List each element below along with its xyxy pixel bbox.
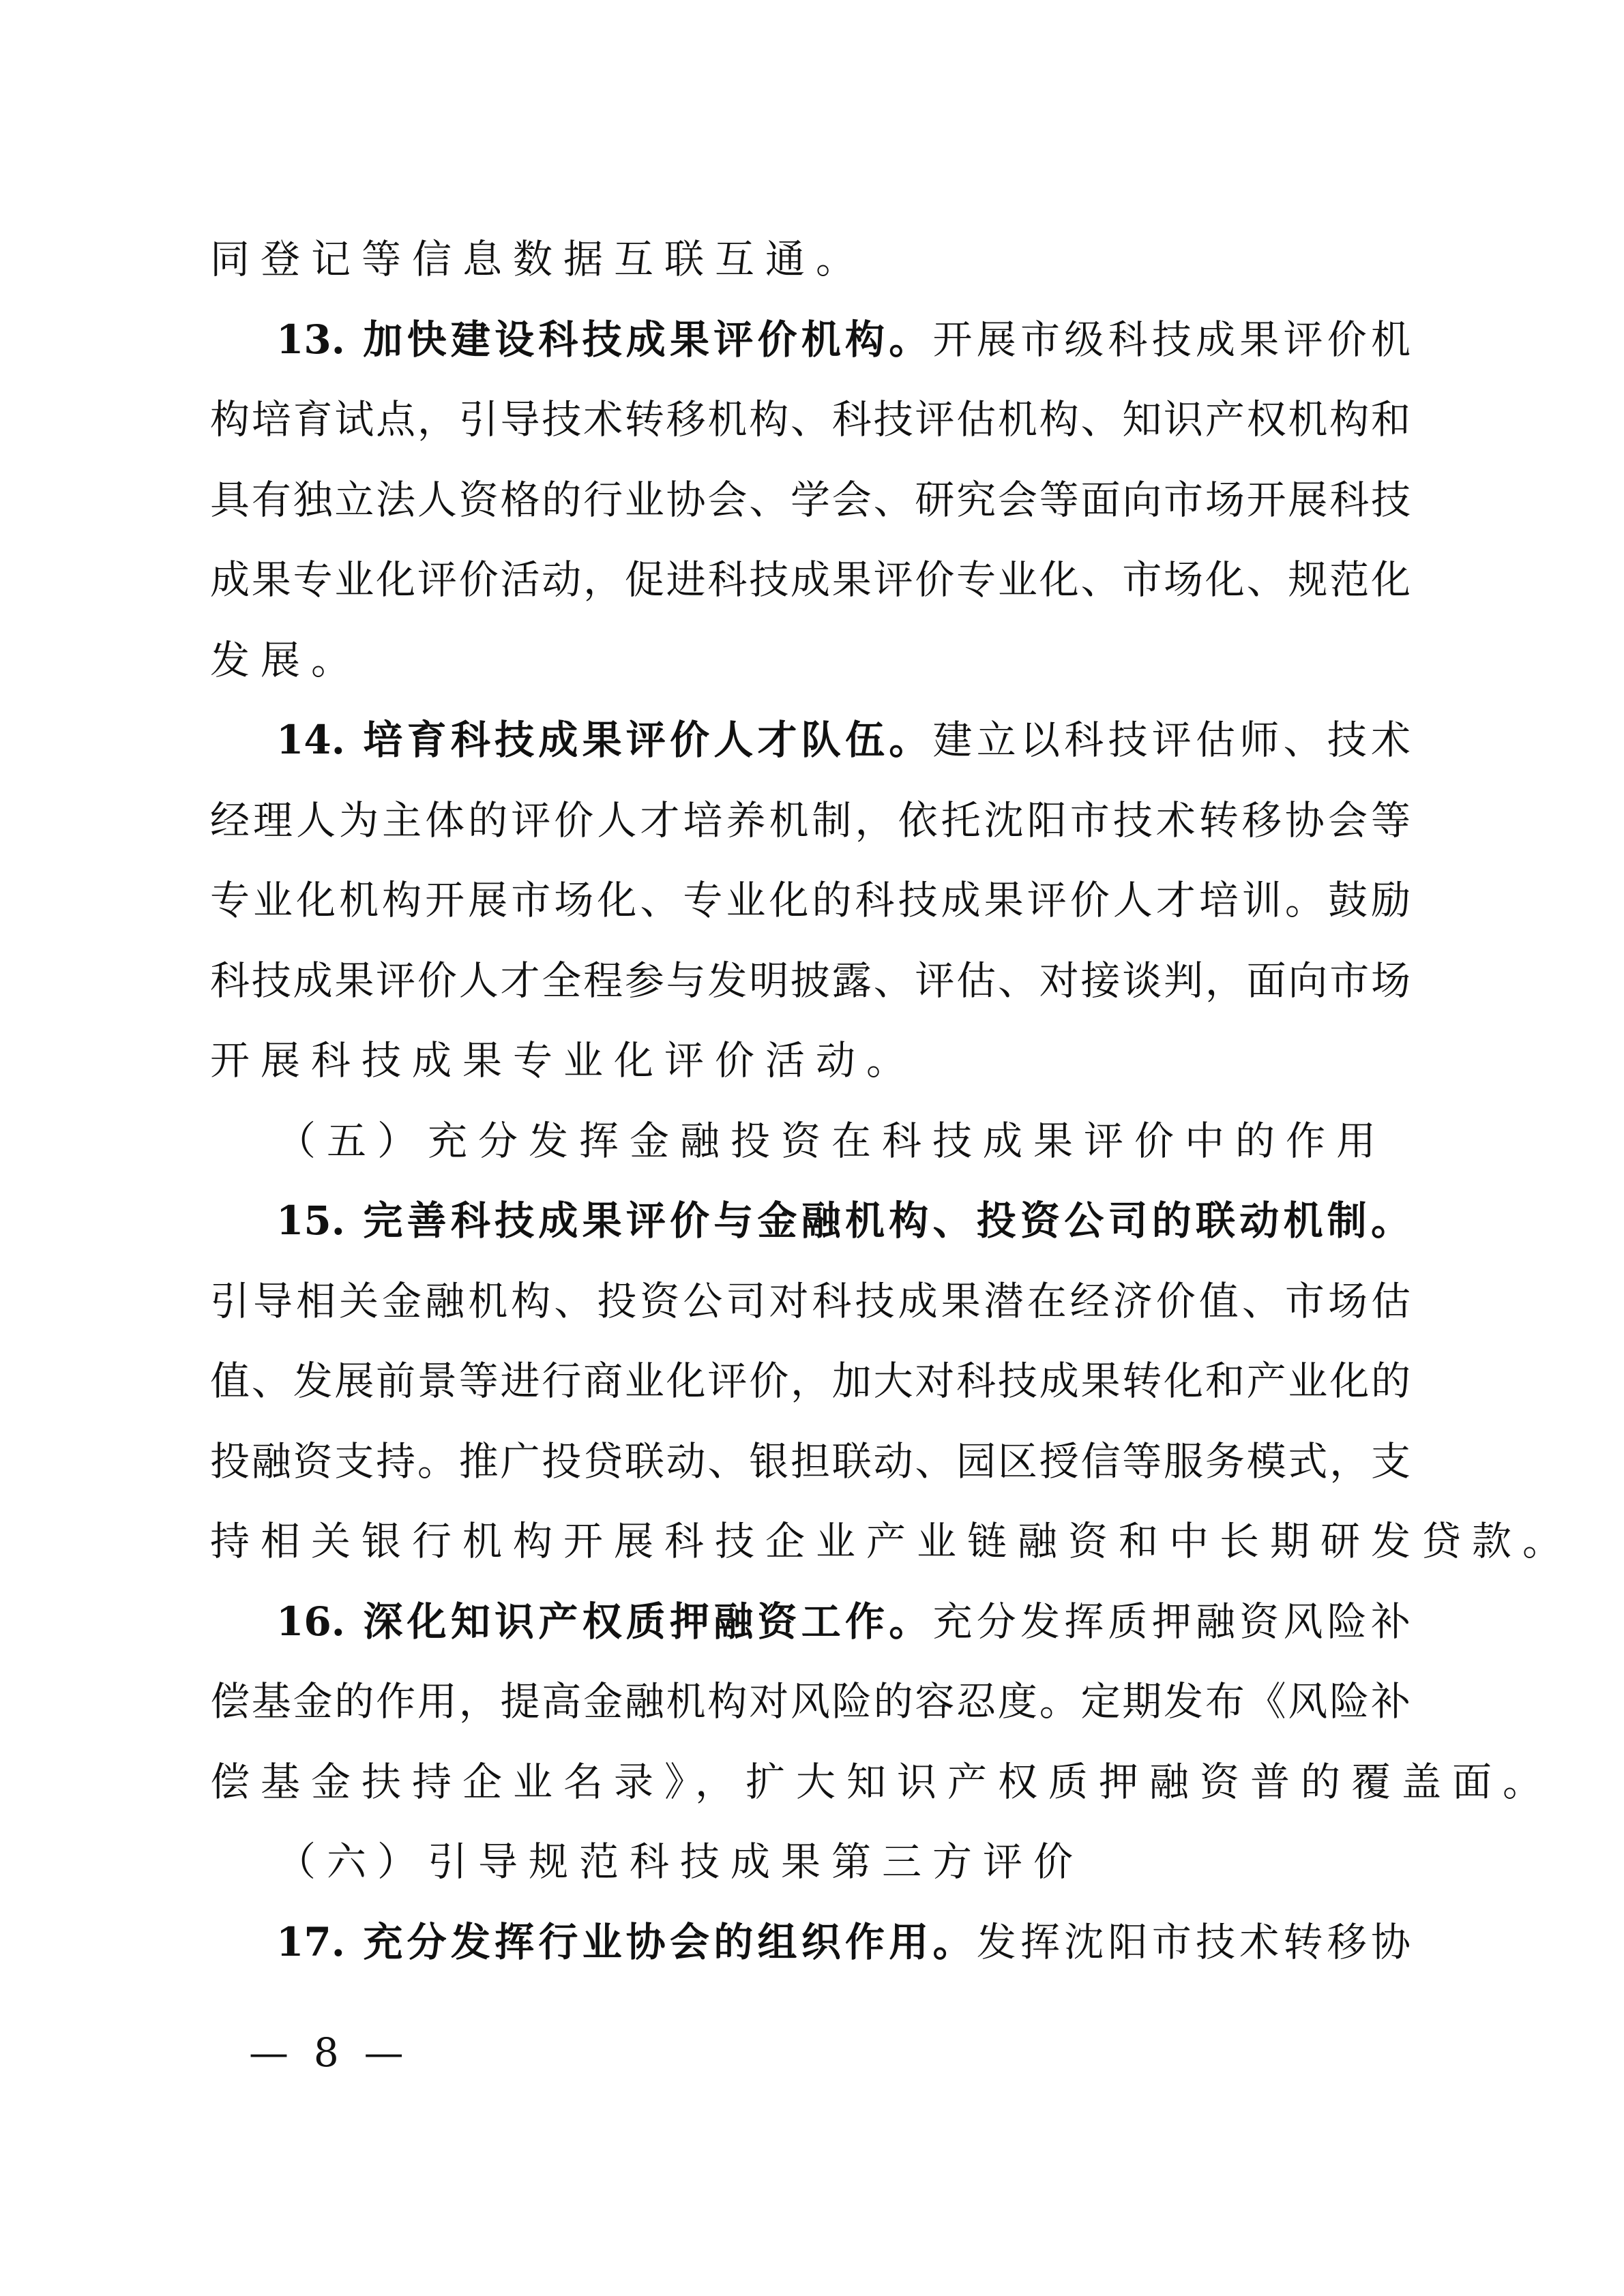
page-number: — 8 — [249,2025,404,2080]
paragraph-line: 值、发展前景等进行商业化评价，加大对科技成果转化和产业化的 [210,1341,1411,1422]
item-14-heading-line: 14. 培育科技成果评价人才队伍。建立以科技评估师、技术 [210,700,1411,781]
paragraph-line: 构培育试点，引导技术转移机构、科技评估机构、知识产权机构和 [210,380,1411,460]
item-14-title: 14. 培育科技成果评价人才队伍。 [276,717,933,763]
section-6-heading: （六）引导规范科技成果第三方评价 [210,1822,1411,1903]
document-page: 同登记等信息数据互联互通。 13. 加快建设科技成果评价机构。开展市级科技成果评… [0,0,1624,2296]
item-16-title: 16. 深化知识产权质押融资工作。 [276,1598,933,1645]
item-17-heading-line: 17. 充分发挥行业协会的组织作用。发挥沈阳市技术转移协 [210,1903,1411,1983]
paragraph-line: 偿基金的作用，提高金融机构对风险的容忍度。定期发布《风险补 [210,1662,1411,1742]
item-15-title: 15. 完善科技成果评价与金融机构、投资公司的联动机制。 [276,1197,1411,1244]
paragraph-line: 偿基金扶持企业名录》，扩大知识产权质押融资普的覆盖面。 [210,1742,1411,1823]
paragraph-line: 具有独立法人资格的行业协会、学会、研究会等面向市场开展科技 [210,460,1411,541]
section-5-heading: （五）充分发挥金融投资在科技成果评价中的作用 [210,1101,1411,1182]
paragraph-line: 经理人为主体的评价人才培养机制，依托沈阳市技术转移协会等 [210,781,1411,861]
paragraph-line: 引导相关金融机构、投资公司对科技成果潜在经济价值、市场估 [210,1262,1411,1342]
document-body: 同登记等信息数据互联互通。 13. 加快建设科技成果评价机构。开展市级科技成果评… [210,220,1411,1982]
paragraph-line: 持相关银行机构开展科技企业产业链融资和中长期研发贷款。 [210,1502,1411,1582]
item-13-heading-line: 13. 加快建设科技成果评价机构。开展市级科技成果评价机 [210,300,1411,381]
item-16-heading-line: 16. 深化知识产权质押融资工作。充分发挥质押融资风险补 [210,1582,1411,1663]
item-17-title: 17. 充分发挥行业协会的组织作用。 [276,1919,977,1965]
paragraph-line: 投融资支持。推广投贷联动、银担联动、园区授信等服务模式，支 [210,1422,1411,1502]
paragraph-line: 科技成果评价人才全程参与发明披露、评估、对接谈判，面向市场 [210,941,1411,1022]
paragraph-line: 开展科技成果专业化评价活动。 [210,1021,1411,1101]
item-15-heading-line: 15. 完善科技成果评价与金融机构、投资公司的联动机制。 [210,1181,1411,1262]
paragraph-line: 发展。 [210,621,1411,701]
item-13-title: 13. 加快建设科技成果评价机构。 [276,316,933,363]
paragraph-line: 成果专业化评价活动，促进科技成果评价专业化、市场化、规范化 [210,540,1411,621]
paragraph-line: 同登记等信息数据互联互通。 [210,220,1411,300]
paragraph-line: 专业化机构开展市场化、专业化的科技成果评价人才培训。鼓励 [210,861,1411,941]
